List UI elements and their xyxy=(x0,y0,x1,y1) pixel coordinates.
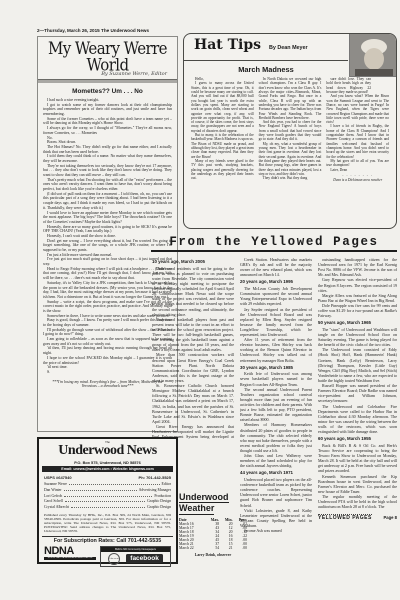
paragraph: I told them they could think of a name. … xyxy=(43,154,172,163)
paragraph: I would love to have an applause meter t… xyxy=(43,211,172,225)
paragraph: And this year, you had to cheer for the … xyxy=(259,120,322,142)
weather-cell: 21 xyxy=(219,546,232,550)
paragraph: They didn't win. But they dang xyxy=(259,176,322,180)
hat-tips-byline: By Dean Meyer xyxy=(269,45,308,51)
staff-row: Crystal Albrecht Graphic Design xyxy=(44,505,171,511)
weather-box: Underwood Weather Date Max. Min. Prec. M… xyxy=(179,492,247,557)
paragraph: Russell Hopper was named president of th… xyxy=(318,383,397,403)
columnist-photo xyxy=(349,34,396,77)
paragraph: Vicki Lohstreter, grade 8, and Kathy Les… xyxy=(240,508,312,528)
photo-wrap-spacer xyxy=(371,77,389,89)
paragraph: The McLean County Job Development Commis… xyxy=(240,286,312,306)
hat-tips-col2: In North Dakota we crowned our high scho… xyxy=(259,77,322,183)
paragraph: My hat goes off to all of you. You are t… xyxy=(326,159,389,168)
dotted-leader xyxy=(71,507,145,508)
paragraph: The "stars" of Underwood and Washburn wi… xyxy=(318,327,397,347)
logo-row: NDNA NORTH DAKOTA NEWSPAPER ASSOCIATION … xyxy=(44,546,171,567)
paragraph: Margie Allers was featured at the Sing A… xyxy=(318,293,397,303)
folio-date: 2—Thursday, March 26, 2015 xyxy=(37,28,100,33)
dotted-leader xyxy=(65,501,145,502)
ndna-logo: NDNA NORTH DAKOTA NEWSPAPER ASSOCIATION xyxy=(44,546,96,567)
paragraph: But to many, it is the celebration of th… xyxy=(191,133,254,159)
header-rule xyxy=(184,60,348,61)
continuation-page: Page 8 xyxy=(383,515,397,520)
paragraph: outstanding handicapped citizen for the … xyxy=(318,257,397,277)
paragraph: Many of my friends were glued to the TV … xyxy=(191,159,254,181)
ndna-wordmark: NDNA xyxy=(44,546,96,557)
folio-paper-name: The Underwood News xyxy=(101,28,149,33)
subscription-line: For Subscription Rates: Call 701-442-553… xyxy=(42,536,173,544)
paragraph: The regular monthly meeting of the Under… xyxy=(318,494,397,509)
staff-name: Crystal Albrecht xyxy=(44,505,69,511)
paragraph: John Glass and Lew Walberry were members… xyxy=(240,453,312,468)
paragraph: The second annual Underwood Parent Teach… xyxy=(240,387,312,423)
weather-row: March 225421.00 xyxy=(179,546,247,550)
paragraph: Underwood residents will not be going to… xyxy=(152,266,234,317)
decade-heading: 20 years ago, March 1995 xyxy=(240,279,312,285)
hat-tips-footnote: Dean is a Dickinson area rancher xyxy=(326,178,389,182)
hat-tips-columns: Hello,I guess to many across the United … xyxy=(184,77,396,183)
paragraph: After 11 years of retirement from the el… xyxy=(240,337,312,363)
hat-tips-col1: Hello,I guess to many across the United … xyxy=(191,77,254,183)
paragraph: And you know what? When the Bison won th… xyxy=(326,94,389,124)
paragraph: I got to watch some of my former dancers… xyxy=(43,103,172,117)
newspaper-page: 2—Thursday, March 26, 2015 The Underwood… xyxy=(0,0,400,600)
weather-table: Date Max. Min. Prec. March 163820.02Marc… xyxy=(179,518,247,550)
decade-heading: 30 years ago, March 1985 xyxy=(240,365,312,371)
paragraph: Buck & Bill's B & S Oil Co. and Herb's T… xyxy=(318,443,397,474)
usps-phone-row: USPS #647540 Ph: 701-442-5525 xyxy=(44,475,171,480)
usps-number: USPS #647540 xyxy=(44,475,72,480)
paragraph: Some of the former Comettes – who at thi… xyxy=(43,117,172,126)
yellowed-pages-banner: From the Yellowed Pages xyxy=(151,235,397,252)
weather-title-line1: Underwood xyxy=(179,492,229,503)
column-title: My Weary Werre World xyxy=(38,37,177,74)
decade-heading: 50 years ago, March 1965 xyxy=(318,320,397,326)
hat-tips-box: Hat Tips By Dean Meyer March Madness Hel… xyxy=(183,33,397,229)
portrait-illustration xyxy=(350,34,396,76)
yellowed-col2: Creek Station. Headwaters also markets G… xyxy=(240,257,312,592)
paragraph: My, oh my, what a wonderful group of you… xyxy=(259,142,322,177)
paragraph: They're not taking themselves too seriou… xyxy=(43,164,172,178)
staff-list: Suzanne Werre Editor Dan Winter Advertis… xyxy=(44,482,171,510)
paragraph: Kenneth Simenson purchased the Kip Board… xyxy=(318,474,397,494)
dotted-leader xyxy=(64,496,152,497)
paragraph: The Underwood team consisted of Eddy (Ho… xyxy=(318,347,397,383)
masthead-address: P.O. Box 575, Underwood, ND 58576 xyxy=(42,460,173,465)
staff-role: Graphic Design xyxy=(147,505,171,511)
paragraph: Keith Ivie of Underwood was among seven … xyxy=(240,371,312,386)
masthead-contact: Email: unews@westriv.com • Website: bhgn… xyxy=(42,466,173,472)
paragraph: Members of Harmony Homemakers distribute… xyxy=(240,422,312,453)
paragraph: Gary Repnow was elected vice-president o… xyxy=(318,277,397,292)
weather-cell: 54 xyxy=(205,546,220,550)
dotted-leader xyxy=(69,484,160,485)
weather-cell: .00 xyxy=(233,546,247,550)
paragraph: I have a lot of friends in Rugby, the ho… xyxy=(326,124,389,159)
paragraph: (I did sort of pull rank on them for a m… xyxy=(43,192,172,211)
decade-heading: 44 years ago, March 1971 xyxy=(240,470,312,476)
paragraph: In North Dakota we crowned our high scho… xyxy=(259,77,322,120)
continuation-slug: YELLOWED PAGES xyxy=(318,514,372,521)
paragraph: Underwood placed two players on the all-… xyxy=(240,477,312,508)
continuation-line: YELLOWED PAGES Page 8 xyxy=(318,514,397,521)
paragraph: The Underwood and Coleharbor Fire Depart… xyxy=(318,404,397,435)
weather-cell: March 22 xyxy=(179,546,205,550)
like-us-seal-icon: Like us on xyxy=(108,553,120,565)
title-rule xyxy=(38,79,177,83)
hat-tips-signoff: Later, Dean xyxy=(326,168,389,172)
weather-title-line2: Weather xyxy=(179,503,214,514)
paragraph: The Hot Mamas? No. They didn't really go… xyxy=(43,145,172,154)
paragraph: I always go for the corny, so I thought … xyxy=(43,126,172,135)
paragraph: More than 500 construction workers will … xyxy=(152,352,234,383)
paragraph: I guess to many across the United States… xyxy=(191,81,254,133)
yellowed-col3: outstanding handicapped citizen for the … xyxy=(318,257,397,592)
phone-number: Ph: 701-442-5525 xyxy=(139,475,171,480)
column-headline: Momettes?? Um . . . No xyxy=(38,88,177,95)
weather-observer: Larry Dziuk, observer xyxy=(179,553,247,557)
page-folio: 2—Thursday, March 26, 2015 The Underwood… xyxy=(37,28,187,33)
masthead-name: Underwood News xyxy=(42,444,173,458)
facebook-logo: facebook xyxy=(126,554,163,563)
paragraph: Underwood basketball players from past a… xyxy=(152,317,234,353)
paragraph: Honestly, there are so many good routine… xyxy=(43,225,172,234)
weather-title: Underwood Weather xyxy=(179,492,247,515)
paragraph: Jay Snyder resigned as the president of … xyxy=(240,307,312,338)
masthead-box: The Underwood News P.O. Box 575, Underwo… xyxy=(37,437,178,564)
paragraph: That's pretty much what I'm shooting for… xyxy=(43,178,172,192)
decade-heading: 60 years ago, March 1955 xyxy=(318,436,397,442)
paragraph: Dole Pineapple was five cans for 99 cent… xyxy=(318,303,397,318)
social-badge: BHG's ND Community Newspapers Like us on… xyxy=(100,546,171,567)
ndna-subtitle: NORTH DAKOTA NEWSPAPER ASSOCIATION xyxy=(44,557,96,560)
paragraph: St. Bonaventure Catholic Church honored … xyxy=(152,383,234,424)
hat-tips-col3: sure didn't lose. They can hold their he… xyxy=(326,77,389,183)
publisher-info: Published every Thursday by BHG, Inc., P… xyxy=(44,513,171,534)
hat-tips-headline: March Madness xyxy=(184,65,348,74)
paragraph: Creek Station. Headwaters also markets G… xyxy=(240,257,312,277)
decade-heading: 10 years ago, March 2005 xyxy=(152,259,234,265)
dotted-leader xyxy=(64,490,137,491)
social-bottom-row: Like us on facebook xyxy=(101,552,170,566)
hat-tips-title: Hat Tips xyxy=(194,37,261,53)
paragraph: Jerome Ash was named xyxy=(240,528,312,533)
